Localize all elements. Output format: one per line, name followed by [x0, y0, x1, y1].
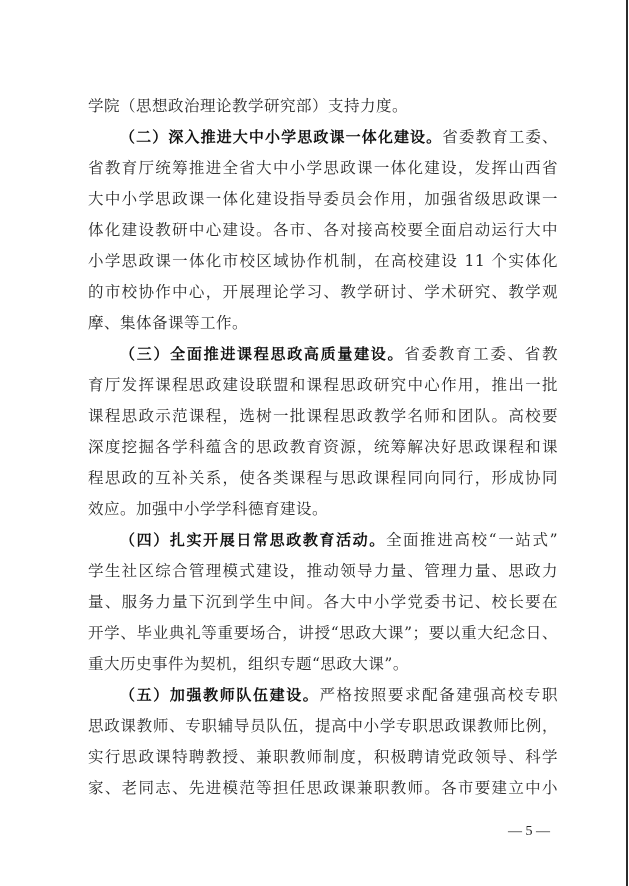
text-line: 省教育厅统筹推进全省大中小学思政课一体化建设，发挥山西省 [88, 153, 558, 184]
text-line: 重大历史事件为契机，组织专题“思政大课”。 [88, 649, 558, 680]
text-line: 开学、毕业典礼等重要场合，讲授“思政大课”；要以重大纪念日、 [88, 618, 558, 649]
page-number: — 5 — [508, 824, 550, 840]
document-body: 学院（思想政治理论教学研究部）支持力度。 （二）深入推进大中小学思政课一体化建设… [88, 91, 558, 804]
text-line: 实行思政课特聘教授、兼职教师制度，积极聘请党政领导、科学 [88, 742, 558, 773]
section-heading-line: （二）深入推进大中小学思政课一体化建设。省委教育工委、 [88, 122, 558, 153]
text-line: 体化建设教研中心建设。各市、各对接高校要全面启动运行大中 [88, 215, 558, 246]
page-border [626, 0, 628, 886]
section-heading-line: （四）扎实开展日常思政教育活动。全面推进高校“一站式” [88, 525, 558, 556]
text-line: 大中小学思政课一体化建设指导委员会作用，加强省级思政课一 [88, 184, 558, 215]
text-line: 育厅发挥课程思政建设联盟和课程思政研究中心作用，推出一批 [88, 370, 558, 401]
text-line: 思政课教师、专职辅导员队伍，提高中小学专职思政课教师比例， [88, 711, 558, 742]
text-line: 效应。加强中小学学科德育建设。 [88, 494, 558, 525]
text-line: 学院（思想政治理论教学研究部）支持力度。 [88, 91, 558, 122]
text-line: 小学思政课一体化市校区域协作机制，在高校建设 11 个实体化 [88, 246, 558, 277]
text-line: 课程思政示范课程，选树一批课程思政教学名师和团队。高校要 [88, 401, 558, 432]
text-line: 摩、集体备课等工作。 [88, 308, 558, 339]
section-heading-2: （二）深入推进大中小学思政课一体化建设。 [120, 128, 442, 146]
text-line: 程思政的互补关系，使各类课程与思政课程同向同行，形成协同 [88, 463, 558, 494]
section-heading-4: （四）扎实开展日常思政教育活动。 [120, 531, 386, 549]
text-line: 家、老同志、先进模范等担任思政课兼职教师。各市要建立中小 [88, 773, 558, 804]
section-heading-3: （三）全面推进课程思政高质量建设。 [120, 345, 404, 363]
section-heading-5: （五）加强教师队伍建设。 [120, 686, 319, 704]
section-heading-line: （五）加强教师队伍建设。严格按照要求配备建强高校专职 [88, 680, 558, 711]
section-heading-line: （三）全面推进课程思政高质量建设。省委教育工委、省教 [88, 339, 558, 370]
text-line: 学生社区综合管理模式建设，推动领导力量、管理力量、思政力 [88, 556, 558, 587]
text-line: 深度挖掘各学科蕴含的思政教育资源，统筹解决好思政课程和课 [88, 432, 558, 463]
text-line: 量、服务力量下沉到学生中间。各大中小学党委书记、校长要在 [88, 587, 558, 618]
text-line: 的市校协作中心，开展理论学习、教学研讨、学术研究、教学观 [88, 277, 558, 308]
